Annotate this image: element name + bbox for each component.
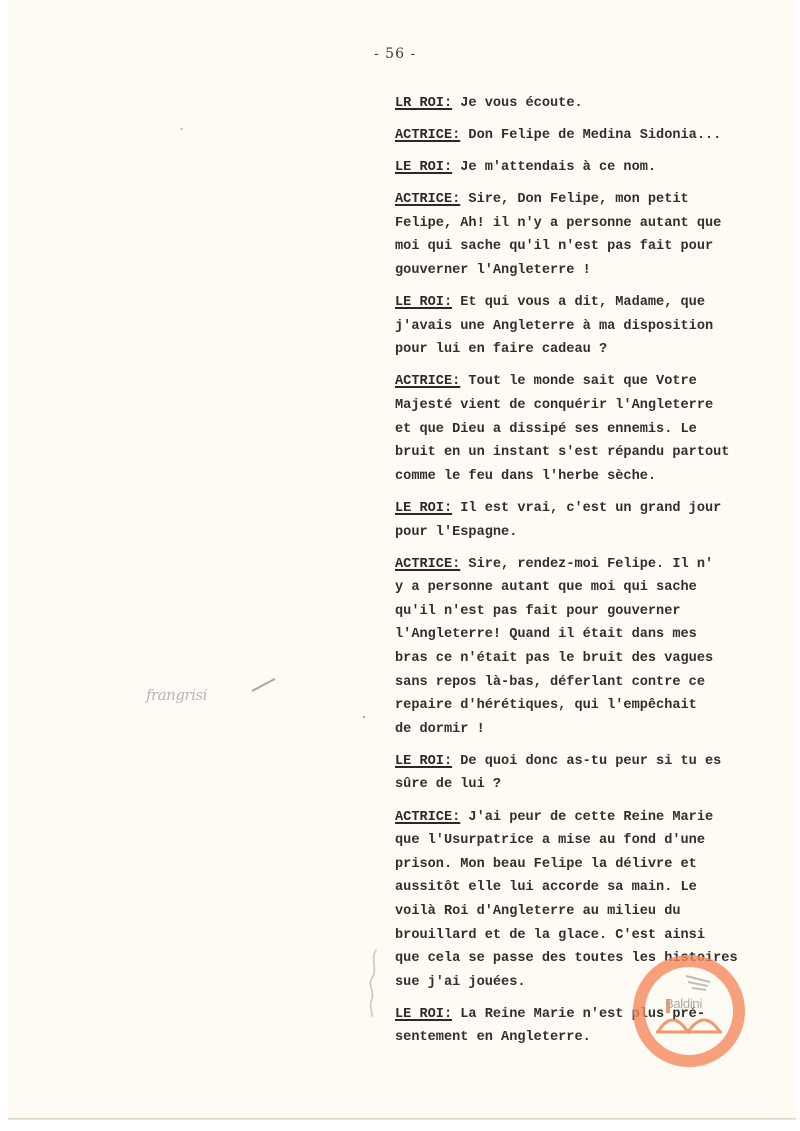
dialogue-text: Je vous écoute. xyxy=(452,96,583,111)
speech-line: LE ROI: De quoi donc as-tu peur si tu es xyxy=(395,750,795,774)
speech-line: bras ce n'était pas le bruit des vagues xyxy=(395,647,795,671)
dialogue-text: qu'il n'est pas fait pour gouverner xyxy=(395,604,681,619)
dialogue-text: Felipe, Ah! il n'y a personne autant que xyxy=(395,216,721,231)
speaker-name: LE ROI: xyxy=(395,501,452,516)
speech-block: ACTRICE: Sire, Don Felipe, mon petitFeli… xyxy=(395,188,795,282)
dialogue-text: bruit en un instant s'est répandu partou… xyxy=(395,445,729,460)
speech-line: prison. Mon beau Felipe la délivre et xyxy=(395,853,795,877)
dialogue-text: l'Angleterre! Quand il était dans mes xyxy=(395,627,697,642)
speech-line: pour l'Espagne. xyxy=(395,521,795,545)
script-body: LR ROI: Je vous écoute.ACTRICE: Don Feli… xyxy=(395,92,795,1058)
handwritten-slash-mark xyxy=(252,678,276,692)
speech-line: de dormir ! xyxy=(395,718,795,742)
paper-speck xyxy=(363,716,365,718)
speech-line: repaire d'hérétiques, qui l'empêchait xyxy=(395,694,795,718)
dialogue-text: Et qui vous a dit, Madame, que xyxy=(452,295,705,310)
speech-line: aussitôt elle lui accorde sa main. Le xyxy=(395,876,795,900)
speaker-name: LE ROI: xyxy=(395,754,452,769)
page-number: - 56 - xyxy=(374,46,416,62)
dialogue-text: sans repos là-bas, déferlant contre ce xyxy=(395,675,705,690)
speech-block: LE ROI: Et qui vous a dit, Madame, quej'… xyxy=(395,291,795,362)
baldini-logo-icon xyxy=(630,952,748,1070)
dialogue-text: Il est vrai, c'est un grand jour xyxy=(452,501,721,516)
speech-block: LR ROI: Je vous écoute. xyxy=(395,92,795,116)
dialogue-text: Tout le monde sait que Votre xyxy=(460,374,697,389)
speaker-name: ACTRICE: xyxy=(395,810,460,825)
dialogue-text: et que Dieu a dissipé ses ennemis. Le xyxy=(395,422,697,437)
speech-line: qu'il n'est pas fait pour gouverner xyxy=(395,600,795,624)
document-page: - 56 - LR ROI: Je vous écoute.ACTRICE: D… xyxy=(8,0,796,1119)
speaker-name: ACTRICE: xyxy=(395,374,460,389)
speech-block: ACTRICE: Don Felipe de Medina Sidonia... xyxy=(395,124,795,148)
speaker-name: LR ROI: xyxy=(395,96,452,111)
dialogue-text: Majesté vient de conquérir l'Angleterre xyxy=(395,398,713,413)
speech-line: LE ROI: Je m'attendais à ce nom. xyxy=(395,156,795,180)
speaker-name: ACTRICE: xyxy=(395,192,460,207)
speech-line: y a personne autant que moi qui sache xyxy=(395,576,795,600)
handwritten-squiggle-icon xyxy=(364,948,384,1018)
speech-block: ACTRICE: Sire, rendez-moi Felipe. Il n'y… xyxy=(395,553,795,742)
dialogue-text: pour l'Espagne. xyxy=(395,525,517,540)
speech-line: ACTRICE: J'ai peur de cette Reine Marie xyxy=(395,806,795,830)
speaker-name: ACTRICE: xyxy=(395,557,460,572)
dialogue-text: Sire, rendez-moi Felipe. Il n' xyxy=(460,557,713,572)
speech-line: que l'Usurpatrice a mise au fond d'une xyxy=(395,829,795,853)
speech-line: Felipe, Ah! il n'y a personne autant que xyxy=(395,212,795,236)
speech-line: Majesté vient de conquérir l'Angleterre xyxy=(395,394,795,418)
speech-line: LE ROI: Il est vrai, c'est un grand jour xyxy=(395,497,795,521)
dialogue-text: bras ce n'était pas le bruit des vagues xyxy=(395,651,713,666)
speech-line: ACTRICE: Sire, rendez-moi Felipe. Il n' xyxy=(395,553,795,577)
speech-line: pour lui en faire cadeau ? xyxy=(395,338,795,362)
speaker-name: LE ROI: xyxy=(395,1007,452,1022)
speech-line: gouverner l'Angleterre ! xyxy=(395,259,795,283)
speech-line: voilà Roi d'Angleterre au milieu du xyxy=(395,900,795,924)
speech-line: sûre de lui ? xyxy=(395,773,795,797)
dialogue-text: gouverner l'Angleterre ! xyxy=(395,263,591,278)
dialogue-text: repaire d'hérétiques, qui l'empêchait xyxy=(395,698,697,713)
dialogue-text: comme le feu dans l'herbe sèche. xyxy=(395,469,656,484)
dialogue-text: Sire, Don Felipe, mon petit xyxy=(460,192,688,207)
speech-block: ACTRICE: Tout le monde sait que VotreMaj… xyxy=(395,370,795,488)
speech-line: et que Dieu a dissipé ses ennemis. Le xyxy=(395,418,795,442)
baldini-watermark-stamp: Baldini xyxy=(630,952,748,1070)
speaker-name: ACTRICE: xyxy=(395,128,460,143)
dialogue-text: aussitôt elle lui accorde sa main. Le xyxy=(395,880,697,895)
dialogue-text: sue j'ai jouées. xyxy=(395,975,526,990)
speech-block: LE ROI: De quoi donc as-tu peur si tu es… xyxy=(395,750,795,797)
speech-line: moi qui sache qu'il n'est pas fait pour xyxy=(395,235,795,259)
handwritten-margin-note: frangrisi xyxy=(146,686,207,704)
dialogue-text: Don Felipe de Medina Sidonia... xyxy=(460,128,721,143)
dialogue-text: J'ai peur de cette Reine Marie xyxy=(460,810,713,825)
dialogue-text: De quoi donc as-tu peur si tu es xyxy=(452,754,721,769)
speech-block: LE ROI: Je m'attendais à ce nom. xyxy=(395,156,795,180)
dialogue-text: que l'Usurpatrice a mise au fond d'une xyxy=(395,833,705,848)
dialogue-text: moi qui sache qu'il n'est pas fait pour xyxy=(395,239,713,254)
dialogue-text: y a personne autant que moi qui sache xyxy=(395,580,697,595)
speaker-name: LE ROI: xyxy=(395,295,452,310)
dialogue-text: sentement en Angleterre. xyxy=(395,1030,591,1045)
stamp-label: Baldini xyxy=(665,996,702,1011)
speech-line: j'avais une Angleterre à ma disposition xyxy=(395,315,795,339)
dialogue-text: prison. Mon beau Felipe la délivre et xyxy=(395,857,697,872)
paper-speck xyxy=(180,128,183,130)
speech-line: comme le feu dans l'herbe sèche. xyxy=(395,465,795,489)
speech-line: ACTRICE: Sire, Don Felipe, mon petit xyxy=(395,188,795,212)
speech-line: brouillard et de la glace. C'est ainsi xyxy=(395,924,795,948)
speech-line: l'Angleterre! Quand il était dans mes xyxy=(395,623,795,647)
speech-block: LE ROI: Il est vrai, c'est un grand jour… xyxy=(395,497,795,544)
dialogue-text: pour lui en faire cadeau ? xyxy=(395,342,607,357)
dialogue-text: Je m'attendais à ce nom. xyxy=(452,160,656,175)
speech-line: bruit en un instant s'est répandu partou… xyxy=(395,441,795,465)
speaker-name: LE ROI: xyxy=(395,160,452,175)
speech-line: LE ROI: Et qui vous a dit, Madame, que xyxy=(395,291,795,315)
dialogue-text: brouillard et de la glace. C'est ainsi xyxy=(395,928,705,943)
dialogue-text: de dormir ! xyxy=(395,722,485,737)
dialogue-text: sûre de lui ? xyxy=(395,777,501,792)
speech-line: ACTRICE: Tout le monde sait que Votre xyxy=(395,370,795,394)
dialogue-text: j'avais une Angleterre à ma disposition xyxy=(395,319,713,334)
dialogue-text: voilà Roi d'Angleterre au milieu du xyxy=(395,904,681,919)
speech-line: ACTRICE: Don Felipe de Medina Sidonia... xyxy=(395,124,795,148)
speech-line: LR ROI: Je vous écoute. xyxy=(395,92,795,116)
speech-line: sans repos là-bas, déferlant contre ce xyxy=(395,671,795,695)
